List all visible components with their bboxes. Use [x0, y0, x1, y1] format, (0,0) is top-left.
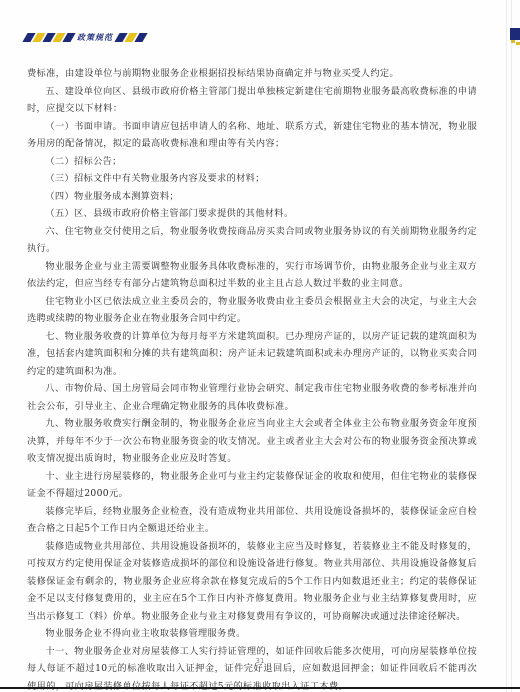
paragraph: 十、业主进行房屋装修的，物业服务企业可与业主约定装修保证金的收取和使用，但住宅物… [27, 468, 477, 503]
paragraph: 装修造成物业共用部位、共用设施设备损坏的，装修业主应当及时修复，若装修业主不能及… [27, 538, 477, 626]
page-edge-line [506, 0, 507, 692]
paragraph: 装修完毕后，经物业服务企业检查，没有造成物业共用部位、共用设施设备损坏的，装修保… [27, 503, 477, 538]
corner-logo-icon [509, 28, 520, 46]
paragraph: （一）书面申请。书面申请应包括申请人的名称、地址、联系方式，新建住宅物业的基本情… [27, 118, 477, 153]
paragraph: 六、住宅物业交付使用之后，物业服务收费按商品房买卖合同或物业服务协议的有关前期物… [27, 223, 477, 258]
paragraph: 九、物业服务收费实行酬金制的，物业服务企业应当向业主大会或者全体业主公布物业服务… [27, 415, 477, 468]
stripe-decoration-left-icon [25, 33, 73, 42]
paragraph: 七、物业服务收费的计算单位为每月每平方米建筑面积。已办理房产证的，以房产证记载的… [27, 328, 477, 381]
bottom-divider [0, 687, 520, 689]
paragraph: 住宅物业小区已依法成立业主委员会的，物业服务收费由业主委员会根据业主大会的决定，… [27, 293, 477, 328]
section-header: 政策规范 [25, 30, 145, 44]
paragraph: 八、市物价局、国土房管局会同市物业管理行业协会研究、制定我市住宅物业服务收费的参… [27, 380, 477, 415]
paragraph: （四）物业服务成本测算资料； [27, 188, 477, 206]
paragraph: （二）招标公告； [27, 153, 477, 171]
paragraph: 物业服务企业不得向业主收取装修管理服务费。 [27, 625, 477, 643]
section-title: 政策规范 [77, 32, 113, 43]
paragraph: （五）区、县级市政府价格主管部门要求提供的其他材料。 [27, 205, 477, 223]
stripe-decoration-right-icon [117, 33, 145, 42]
paragraph: 物业服务企业与业主需要调整物业服务具体收费标准的，实行市场调节价，由物业服务企业… [27, 258, 477, 293]
paragraph: 十一、物业服务企业对房屋装修工人实行持证管理的，如证件回收后能多次使用，可向房屋… [27, 643, 477, 692]
paragraph: （三）招标文件中有关物业服务内容及要求的材料； [27, 170, 477, 188]
page-number: 31 [0, 657, 520, 665]
document-body: 费标准，由建设单位与前期物业服务企业根据招投标结果协商确定并与物业买受人约定。 … [27, 65, 477, 692]
paragraph: 五、建设单位向区、县级市政府价格主管部门提出单独核定新建住宅前期物业服务最高收费… [27, 83, 477, 118]
paragraph: 费标准，由建设单位与前期物业服务企业根据招投标结果协商确定并与物业买受人约定。 [27, 65, 477, 83]
page-edge-line [511, 0, 512, 692]
